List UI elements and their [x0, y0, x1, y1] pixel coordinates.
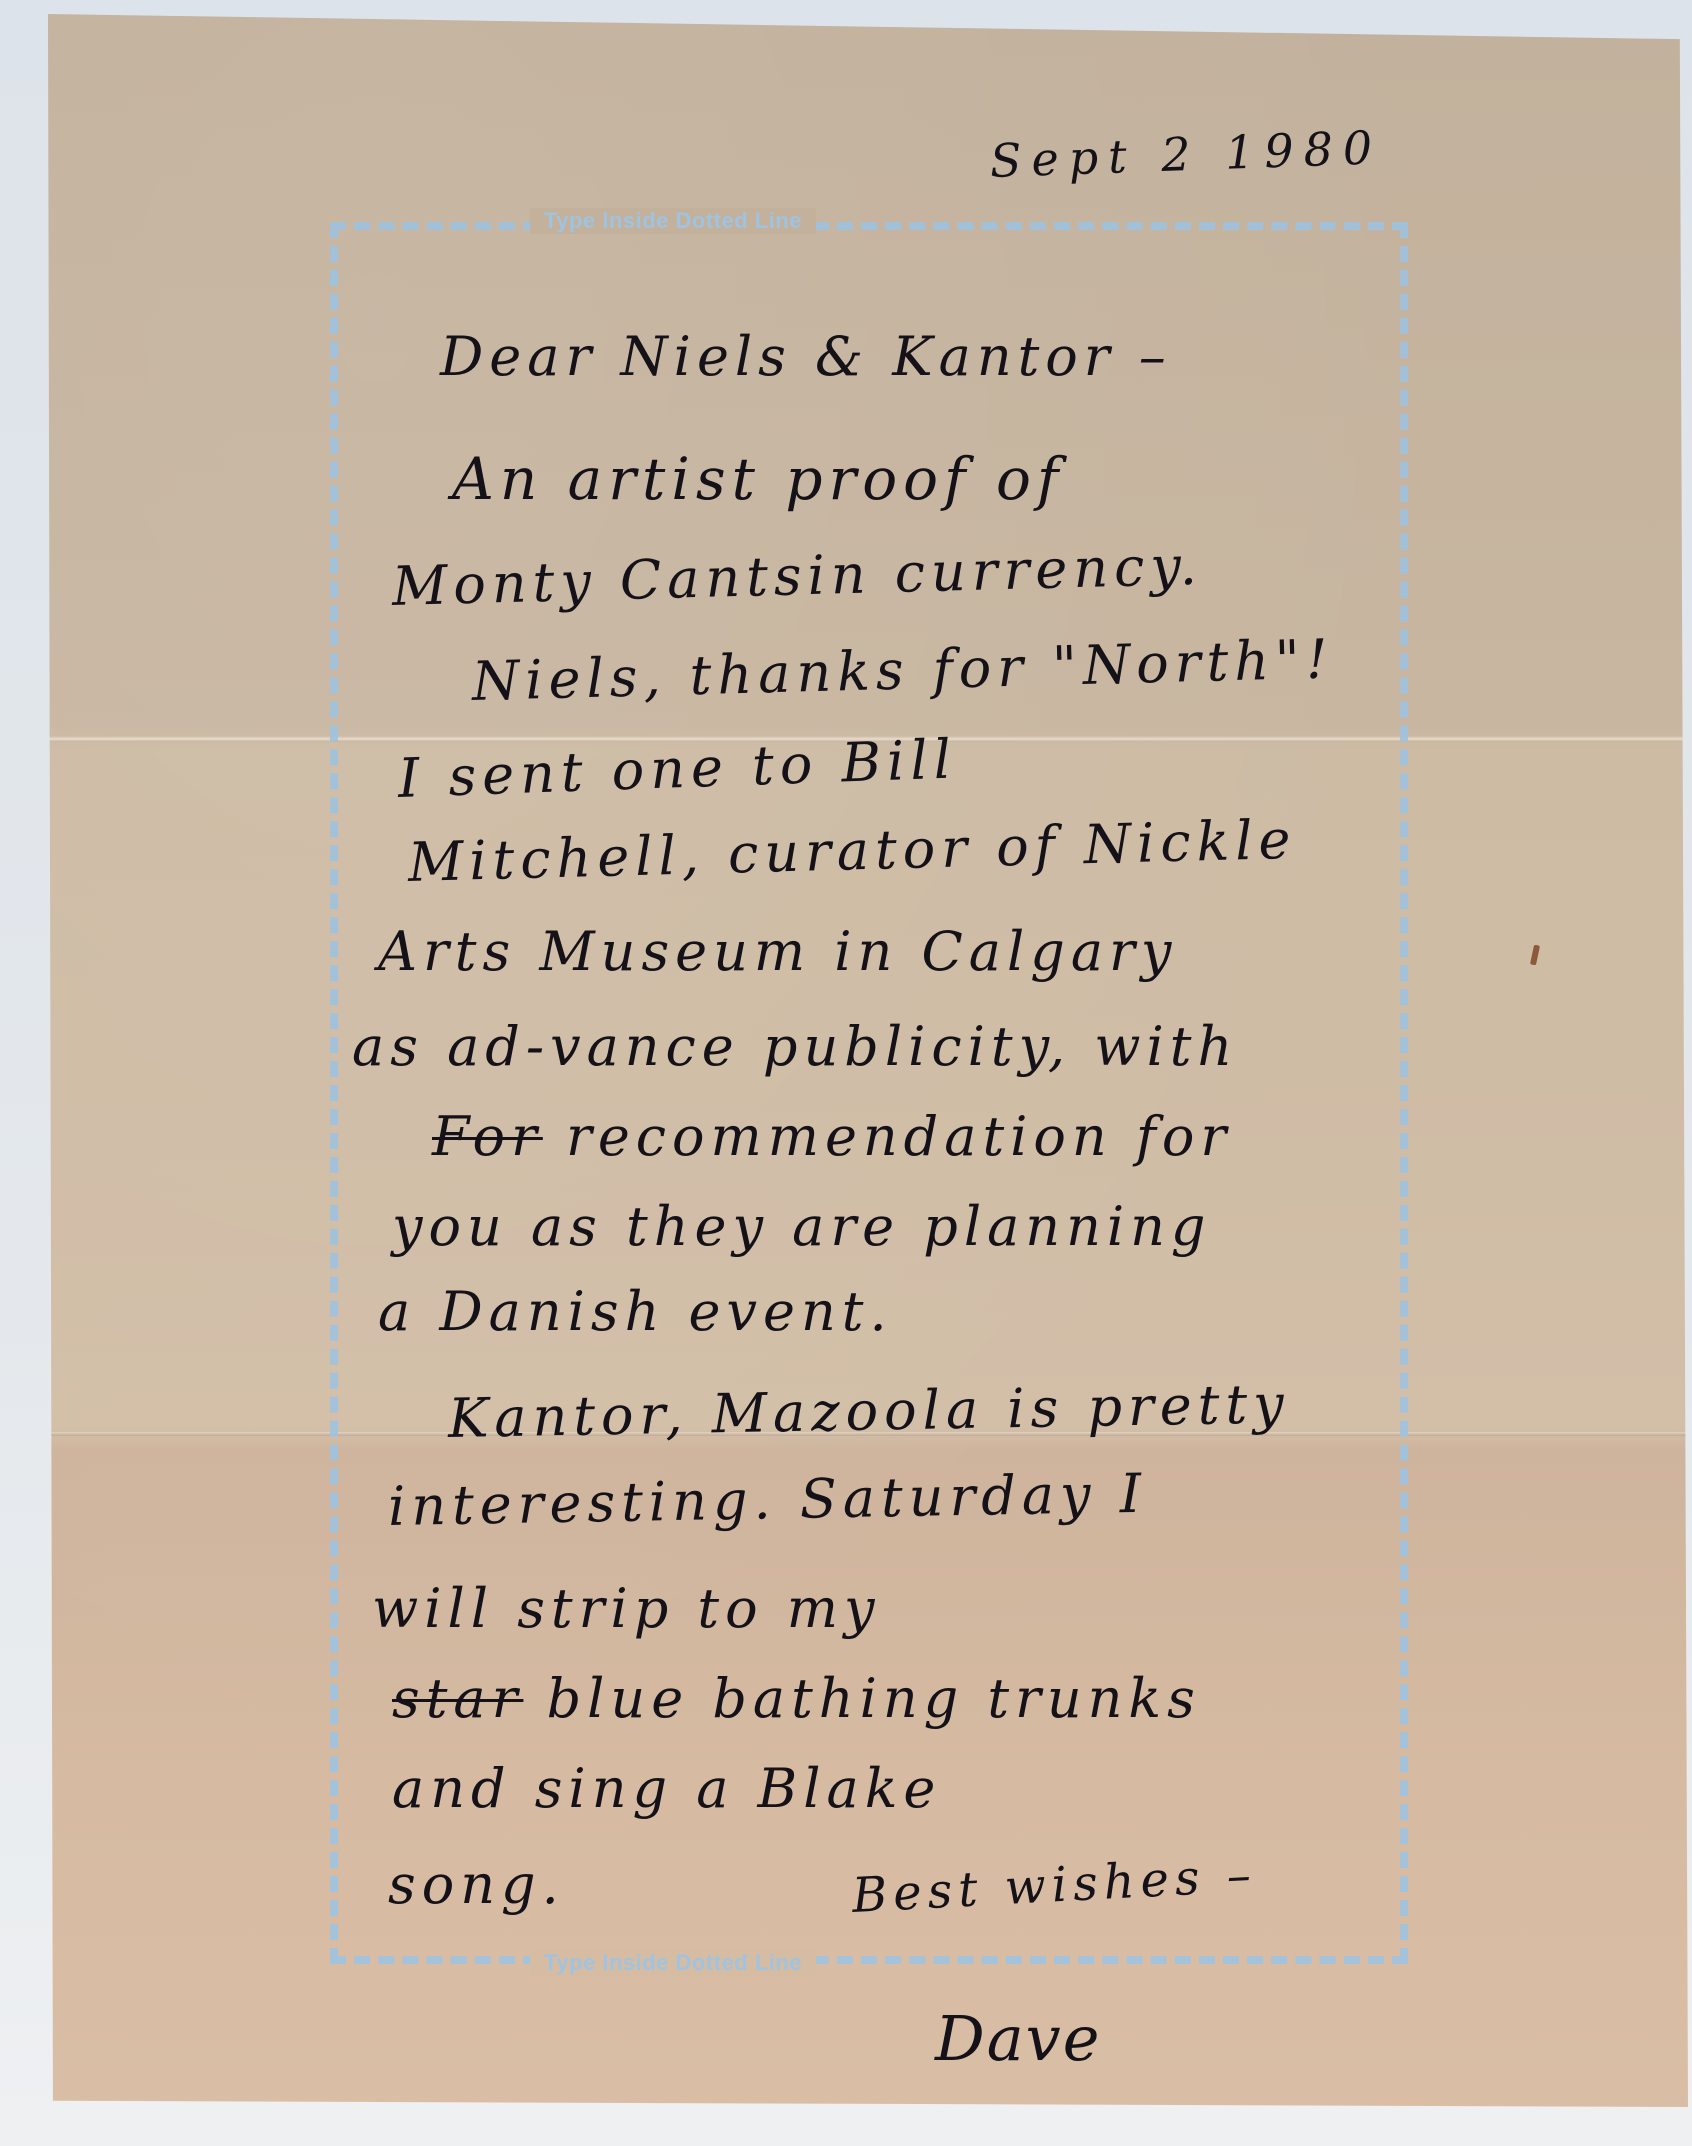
- letter-line: blue bathing trunks: [547, 1667, 1201, 1730]
- letter-line-with-strike: star blue bathing trunks: [392, 1672, 1201, 1726]
- letter-line: Arts Museum in Calgary: [378, 925, 1177, 979]
- letter-line: will strip to my: [372, 1582, 881, 1636]
- letter-date: Sept 2 1980: [989, 124, 1383, 184]
- guide-label-top: Type Inside Dotted Line: [530, 208, 816, 234]
- letter-line: Kantor, Mazoola is pretty: [448, 1377, 1291, 1446]
- letter-line: recommendation for: [566, 1105, 1232, 1168]
- letter-line-with-strike: For recommendation for: [432, 1110, 1232, 1164]
- letter-line: and sing a Blake: [392, 1762, 941, 1816]
- struck-word: For: [432, 1105, 543, 1168]
- letter-line: you as they are planning: [392, 1200, 1211, 1254]
- letter-line: An artist proof of: [452, 450, 1064, 508]
- guide-label-bottom: Type Inside Dotted Line: [530, 1950, 816, 1976]
- letter-salutation: Dear Niels & Kantor –: [440, 330, 1172, 384]
- letter-line: song.: [388, 1858, 565, 1912]
- letter-line: as ad-vance publicity, with: [352, 1020, 1238, 1074]
- letter-signature: Dave: [935, 2008, 1101, 2070]
- letter-line: interesting. Saturday I: [388, 1467, 1148, 1534]
- struck-word: star: [392, 1667, 523, 1730]
- letter-line: a Danish event.: [378, 1285, 893, 1339]
